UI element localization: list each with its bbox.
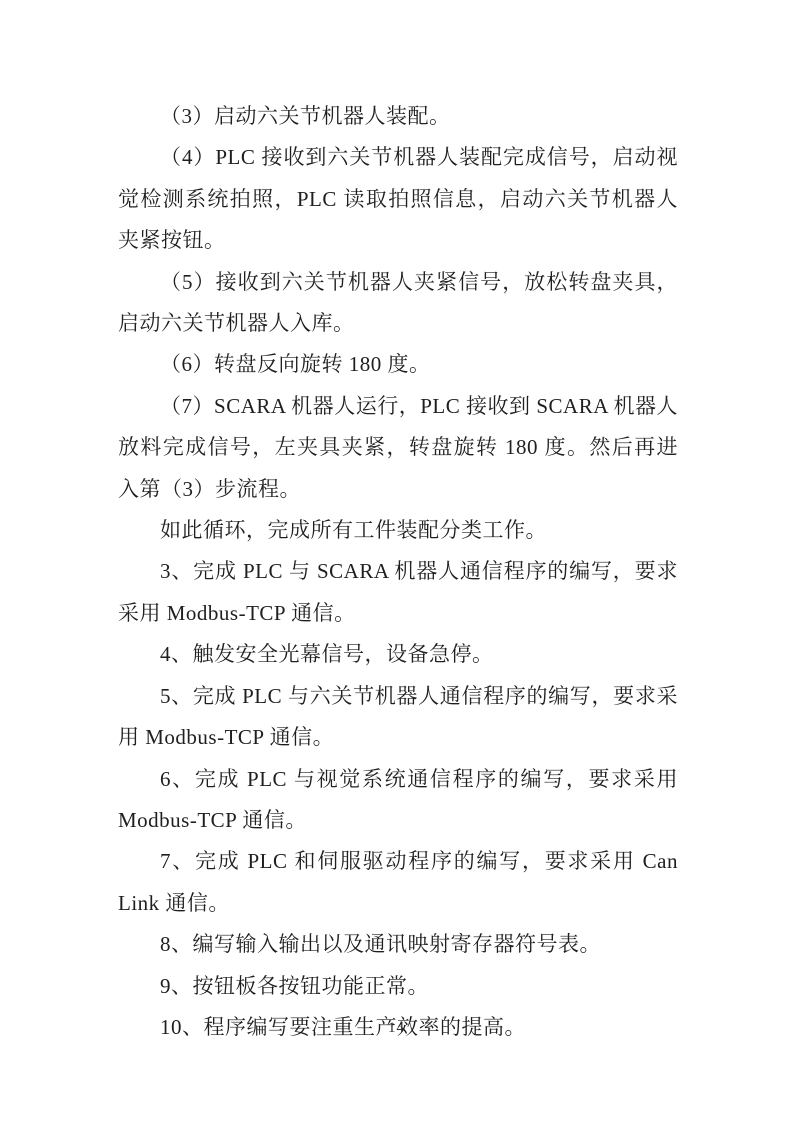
paragraph-task-3: 3、完成 PLC 与 SCARA 机器人通信程序的编写，要求采用 Modbus-…	[118, 551, 678, 634]
paragraph-step-7: （7）SCARA 机器人运行，PLC 接收到 SCARA 机器人放料完成信号，左…	[118, 386, 678, 510]
paragraph-task-5: 5、完成 PLC 与六关节机器人通信程序的编写，要求采用 Modbus-TCP …	[118, 676, 678, 759]
paragraph-task-8: 8、编写输入输出以及通讯映射寄存器符号表。	[118, 924, 678, 965]
paragraph-step-6: （6）转盘反向旋转 180 度。	[118, 344, 678, 385]
paragraph-task-4: 4、触发安全光幕信号，设备急停。	[118, 634, 678, 675]
document-body: （3）启动六关节机器人装配。 （4）PLC 接收到六关节机器人装配完成信号，启动…	[118, 96, 678, 1048]
paragraph-step-4: （4）PLC 接收到六关节机器人装配完成信号，启动视觉检测系统拍照，PLC 读取…	[118, 137, 678, 261]
paragraph-step-3: （3）启动六关节机器人装配。	[118, 96, 678, 137]
paragraph-task-7: 7、完成 PLC 和伺服驱动程序的编写，要求采用 Can Link 通信。	[118, 841, 678, 924]
paragraph-loop-note: 如此循环，完成所有工件装配分类工作。	[118, 510, 678, 551]
paragraph-task-6: 6、完成 PLC 与视觉系统通信程序的编写，要求采用 Modbus-TCP 通信…	[118, 759, 678, 842]
paragraph-step-5: （5）接收到六关节机器人夹紧信号，放松转盘夹具，启动六关节机器人入库。	[118, 262, 678, 345]
paragraph-task-9: 9、按钮板各按钮功能正常。	[118, 966, 678, 1007]
page-number: 14	[0, 1020, 793, 1037]
document-page: （3）启动六关节机器人装配。 （4）PLC 接收到六关节机器人装配完成信号，启动…	[0, 0, 793, 1122]
